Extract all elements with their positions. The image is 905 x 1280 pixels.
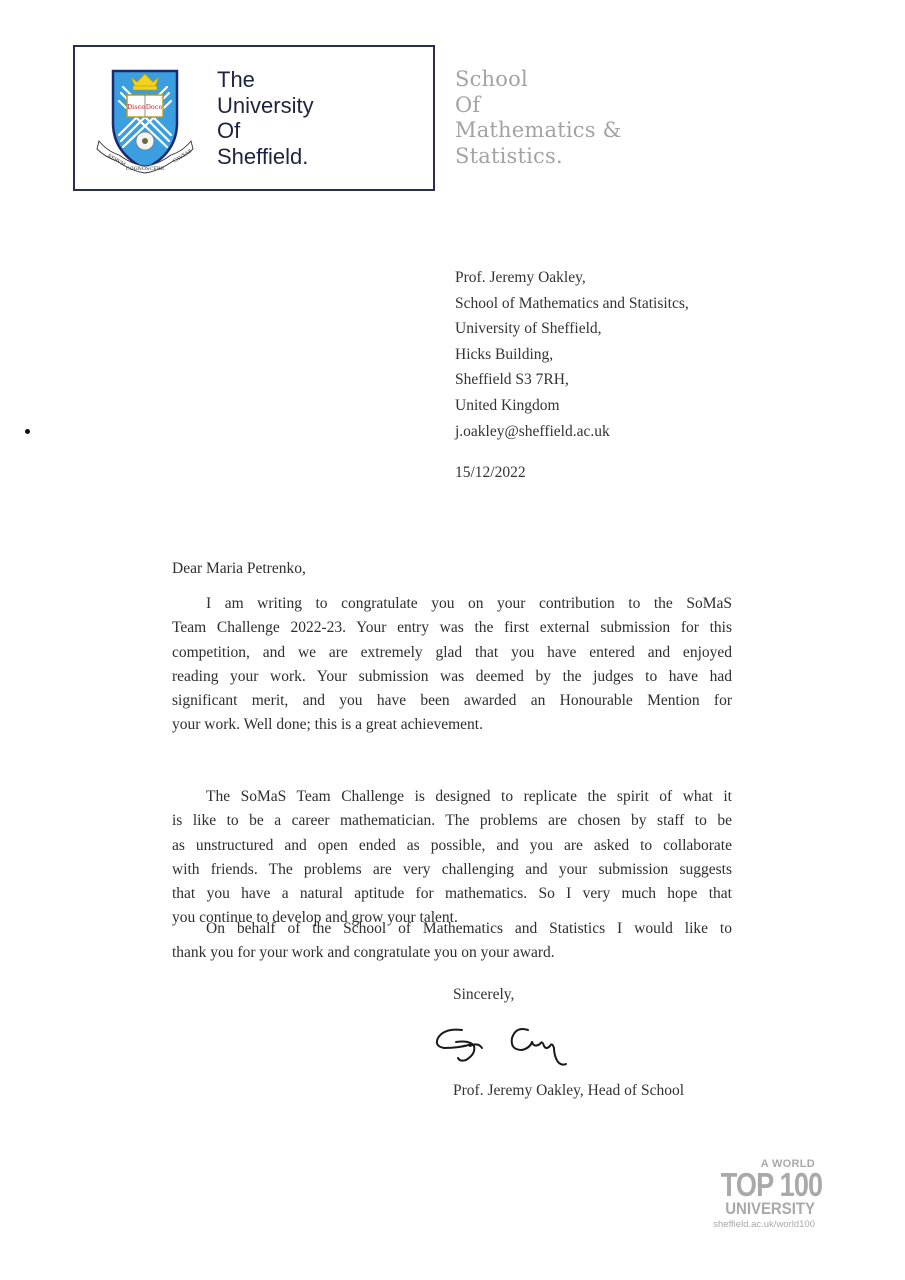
paragraph-line: The SoMaS Team Challenge is designed to … xyxy=(172,785,732,809)
svg-text:COGNOSCERE: COGNOSCERE xyxy=(126,166,165,172)
school-name-line: Of xyxy=(455,93,622,119)
university-crest-icon: Disce Doce RERVM COGNOSCERE CAVSAS xyxy=(95,65,195,177)
paragraph-line: as unstructured and open ended as possib… xyxy=(172,834,732,858)
school-name-line: Mathematics & xyxy=(455,118,622,144)
address-line: University of Sheffield, xyxy=(455,316,689,342)
paragraph-challenge-description: The SoMaS Team Challenge is designed to … xyxy=(172,785,732,931)
email-address: j.oakley@sheffield.ac.uk xyxy=(455,419,689,445)
university-name: The University Of Sheffield. xyxy=(217,67,314,169)
university-name-line: Of xyxy=(217,118,314,144)
paragraph-thanks: On behalf of the School of Mathematics a… xyxy=(172,917,732,966)
paragraph-line: is like to be a career mathematician. Th… xyxy=(172,809,732,833)
university-logo-box: Disce Doce RERVM COGNOSCERE CAVSAS The U… xyxy=(73,45,435,191)
salutation: Dear Maria Petrenko, xyxy=(172,560,732,578)
school-name-line: Statistics. xyxy=(455,144,622,170)
svg-text:Doce: Doce xyxy=(146,103,163,111)
paragraph-line: with friends. The problems are very chal… xyxy=(172,858,732,882)
sender-address: Prof. Jeremy Oakley, School of Mathemati… xyxy=(455,265,689,444)
paragraph-congratulations: I am writing to congratulate you on your… xyxy=(172,592,732,738)
university-name-line: University xyxy=(217,93,314,119)
university-name-line: The xyxy=(217,67,314,93)
address-line: School of Mathematics and Statisitcs, xyxy=(455,291,689,317)
address-line: Sheffield S3 7RH, xyxy=(455,367,689,393)
paragraph-line: your work. Well done; this is a great ac… xyxy=(172,713,732,737)
badge-line: UNIVERSITY xyxy=(714,1200,815,1218)
paragraph-line: competition, and we are extremely glad t… xyxy=(172,641,732,665)
address-line: Prof. Jeremy Oakley, xyxy=(455,265,689,291)
paragraph-line: On behalf of the School of Mathematics a… xyxy=(172,917,732,941)
university-name-line: Sheffield. xyxy=(217,144,314,170)
svg-text:Disce: Disce xyxy=(127,103,145,111)
badge-url: sheffield.ac.uk/world100 xyxy=(700,1218,815,1232)
school-name: School Of Mathematics & Statistics. xyxy=(455,67,622,169)
world-top-100-badge: A WORLD TOP 100 UNIVERSITY sheffield.ac.… xyxy=(700,1158,815,1232)
paragraph-line: significant merit, and you have been awa… xyxy=(172,689,732,713)
badge-headline: TOP 100 xyxy=(721,1170,815,1200)
signoff-name-title: Prof. Jeremy Oakley, Head of School xyxy=(453,1082,684,1100)
scan-artifact-dot xyxy=(25,429,30,434)
handwritten-signature-icon xyxy=(430,1018,600,1073)
paragraph-line: that you have a natural aptitude for mat… xyxy=(172,882,732,906)
school-name-line: School xyxy=(455,67,622,93)
address-line: United Kingdom xyxy=(455,393,689,419)
address-line: Hicks Building, xyxy=(455,342,689,368)
paragraph-line: reading your work. Your submission was d… xyxy=(172,665,732,689)
closing: Sincerely, xyxy=(453,986,514,1004)
paragraph-line: thank you for your work and congratulate… xyxy=(172,941,732,965)
letter-date: 15/12/2022 xyxy=(455,464,526,482)
paragraph-line: I am writing to congratulate you on your… xyxy=(172,592,732,616)
paragraph-line: Team Challenge 2022-23. Your entry was t… xyxy=(172,616,732,640)
